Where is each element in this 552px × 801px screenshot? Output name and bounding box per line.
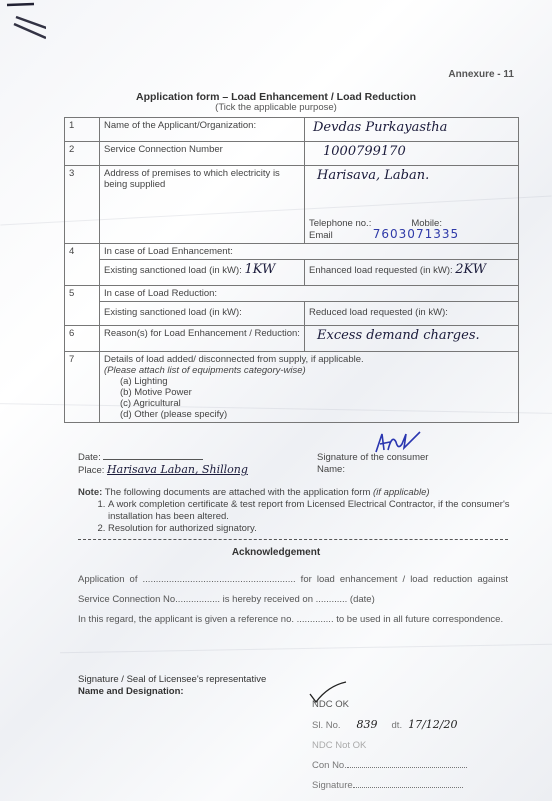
stamp-signature-field[interactable] <box>353 787 463 788</box>
application-form-table: 1 Name of the Applicant/Organization: De… <box>64 117 519 423</box>
note-section: Note: The following documents are attach… <box>78 487 510 535</box>
existing-load-red-label: Existing sanctioned load (in kW): <box>104 307 242 318</box>
date-label: Date: <box>78 452 101 463</box>
acknowledgement-body: Application of .........................… <box>78 570 508 630</box>
email-label: Email <box>309 230 333 241</box>
date-field[interactable] <box>103 459 203 460</box>
licensee-name-label: Name and Designation: <box>78 686 266 698</box>
row-note: (Please attach list of equipments catego… <box>104 365 514 376</box>
existing-load-label: Existing sanctioned load (in kW): <box>104 265 242 276</box>
ndc-ok-label: NDC OK <box>312 695 467 715</box>
row-number: 1 <box>65 118 100 142</box>
date-stamp-field[interactable]: 17/12/20 <box>402 718 457 731</box>
enhanced-load-field[interactable]: 2KW <box>455 262 486 277</box>
note-prefix: Note: <box>78 487 102 498</box>
note-item: Resolution for authorized signatory. <box>108 523 510 535</box>
row-label: Name of the Applicant/Organization: <box>100 118 305 142</box>
row-service-connection: 2 Service Connection Number 1000799170 <box>65 142 519 166</box>
reduced-load-label: Reduced load requested (in kW): <box>309 307 448 318</box>
row-number: 5 <box>65 286 100 326</box>
row-load-details: 7 Details of load added/ disconnected fr… <box>65 352 519 423</box>
licensee-signature-label: Signature / Seal of Licensee's represent… <box>78 674 266 686</box>
row-label: Details of load added/ disconnected from… <box>104 354 514 365</box>
acknowledgement-paragraph: Application of .........................… <box>78 570 508 610</box>
row-address: 3 Address of premises to which electrici… <box>65 166 519 244</box>
note-qualifier: (if applicable) <box>373 487 430 498</box>
load-category-item: (a) Lighting <box>104 376 514 387</box>
existing-load-enh-field[interactable]: 1KW <box>244 262 275 277</box>
acknowledgement-title: Acknowledgement <box>0 547 552 558</box>
row-load-reduction-values: Existing sanctioned load (in kW): Reduce… <box>65 302 519 326</box>
ndc-not-ok-label: NDC Not OK <box>312 736 467 756</box>
note-text: The following documents are attached wit… <box>105 487 371 498</box>
reason-field[interactable]: Excess demand charges. <box>309 328 480 343</box>
place-field[interactable]: Harisava Laban, Shillong <box>107 463 248 476</box>
row-number: 3 <box>65 166 100 244</box>
stamp-signature-label: Signature <box>312 780 353 791</box>
note-item: A work completion certificate & test rep… <box>108 499 510 523</box>
row-label: Reason(s) for Load Enhancement / Reducti… <box>100 326 305 352</box>
signature-label: Signature of the consumer <box>317 452 428 464</box>
mobile-field[interactable]: 7603071335 <box>333 227 459 241</box>
place-label: Place: <box>78 465 104 476</box>
divider <box>78 539 508 540</box>
load-category-item: (c) Agricultural <box>104 398 514 409</box>
load-category-item: (d) Other (please specify) <box>104 409 514 420</box>
address-field[interactable]: Harisava, Laban. <box>309 168 514 183</box>
annexure-label: Annexure - 11 <box>448 69 514 80</box>
load-category-item: (b) Motive Power <box>104 387 514 398</box>
row-load-enhancement-values: Existing sanctioned load (in kW): 1KW En… <box>65 260 519 286</box>
form-subtitle: (Tick the applicable purpose) <box>0 102 552 113</box>
con-no-label: Con No. <box>312 760 347 771</box>
row-label: Address of premises to which electricity… <box>100 166 305 244</box>
row-label: In case of Load Reduction: <box>100 286 519 302</box>
sl-no-label: Sl. No. <box>312 720 341 731</box>
row-number: 2 <box>65 142 100 166</box>
row-number: 6 <box>65 326 100 352</box>
row-reason: 6 Reason(s) for Load Enhancement / Reduc… <box>65 326 519 352</box>
pen-marks-icon <box>6 2 46 42</box>
row-applicant-name: 1 Name of the Applicant/Organization: De… <box>65 118 519 142</box>
acknowledgement-paragraph: In this regard, the applicant is given a… <box>78 610 508 630</box>
row-load-enhancement-heading: 4 In case of Load Enhancement: <box>65 244 519 260</box>
name-label: Name: <box>317 464 428 476</box>
row-number: 7 <box>65 352 100 423</box>
service-connection-field[interactable]: 1000799170 <box>309 144 406 159</box>
ndc-stamp: NDC OK Sl. No.839dt.17/12/20 NDC Not OK … <box>312 695 467 796</box>
row-load-reduction-heading: 5 In case of Load Reduction: <box>65 286 519 302</box>
sl-no-field[interactable]: 839 <box>341 718 392 731</box>
con-no-field[interactable] <box>347 767 467 768</box>
row-label: Service Connection Number <box>100 142 305 166</box>
applicant-name-field[interactable]: Devdas Purkayastha <box>309 120 447 135</box>
row-label: In case of Load Enhancement: <box>100 244 519 260</box>
row-number: 4 <box>65 244 100 286</box>
dt-label: dt. <box>392 720 403 731</box>
enhanced-load-label: Enhanced load requested (in kW): <box>309 265 453 276</box>
